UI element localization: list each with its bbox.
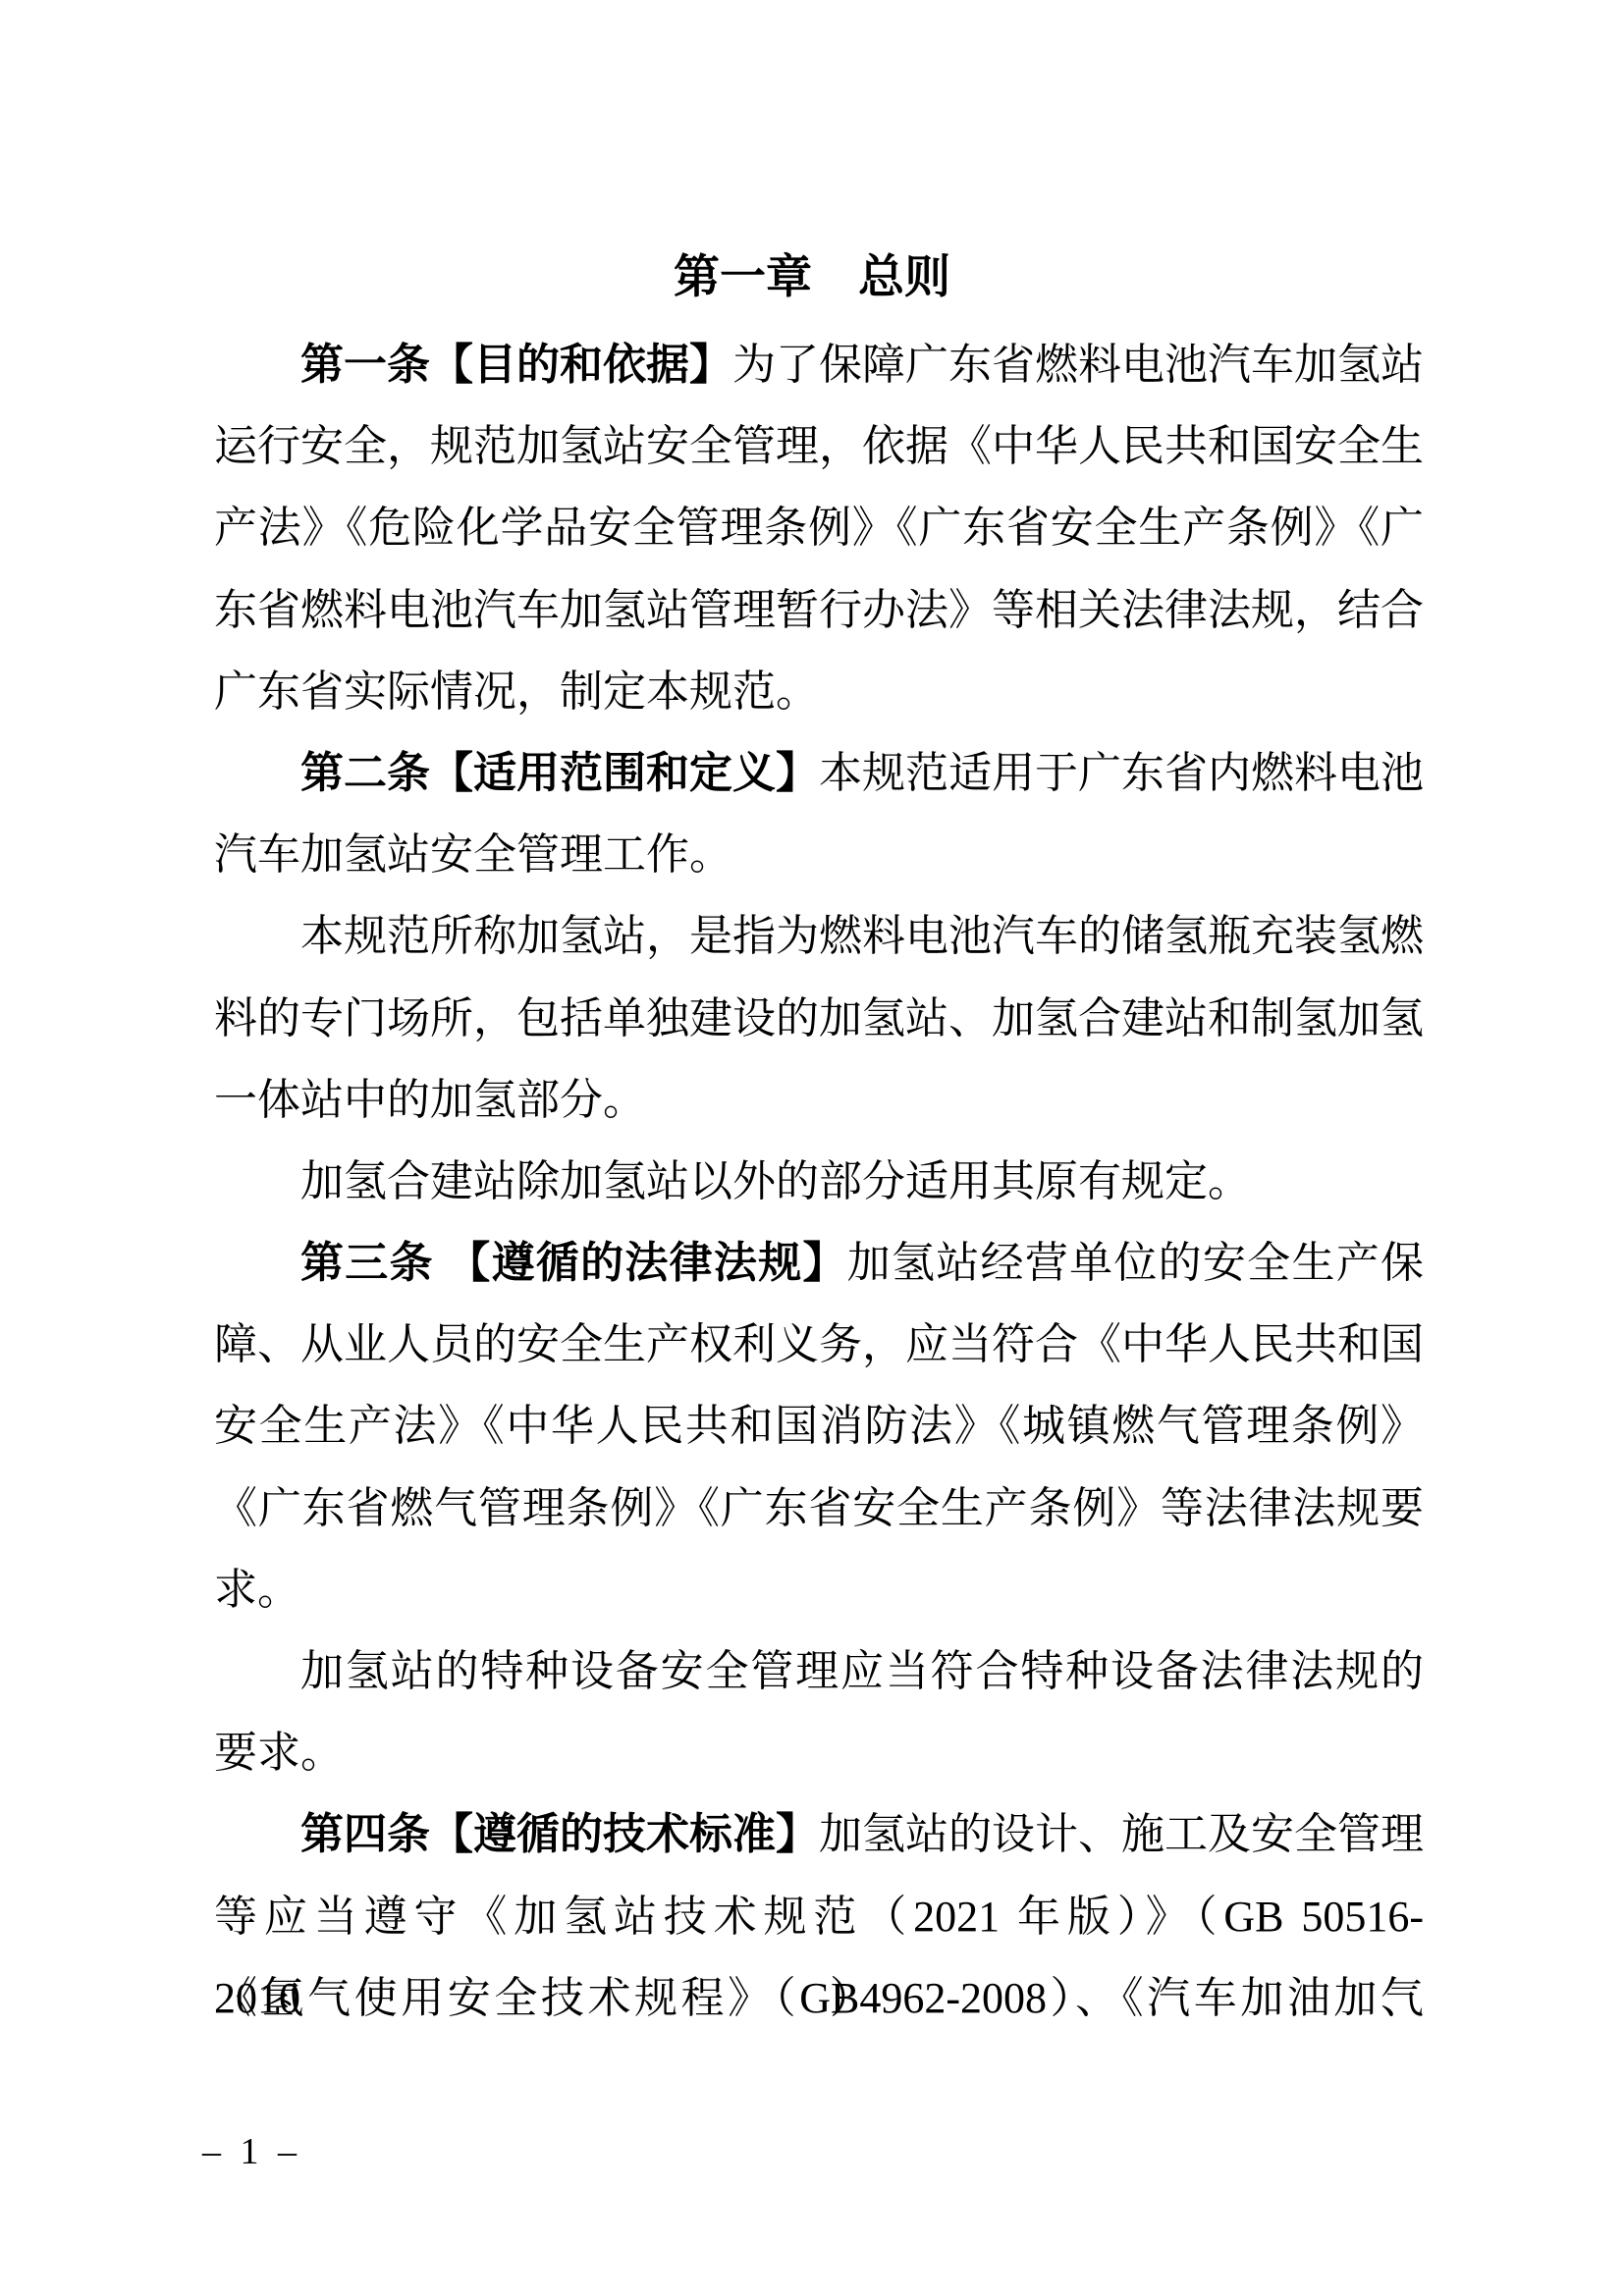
body-text: 加氢合建站除加氢站以外的部分适用其原有规定。 — [300, 1157, 1251, 1205]
text-line: 广东省实际情况，制定本规范。 — [214, 651, 1424, 732]
text-line: 运行安全，规范加氢站安全管理，依据《中华人民共和国安全生 — [214, 405, 1424, 487]
document-body: 第一条【目的和依据】为了保障广东省燃料电池汽车加氢站运行安全，规范加氢站安全管理… — [214, 324, 1424, 2039]
text-line: 要求。 — [214, 1712, 1424, 1793]
text-line: 加氢站的特种设备安全管理应当符合特种设备法律法规的 — [214, 1630, 1424, 1712]
text-line: 本规范所称加氢站，是指为燃料电池汽车的储氢瓶充装氢燃 — [214, 895, 1424, 977]
body-text: 《广东省燃气管理条例》《广东省安全生产条例》等法律法规要 — [214, 1484, 1424, 1532]
body-text: 运行安全，规范加氢站安全管理，依据《中华人民共和国安全生 — [214, 422, 1424, 470]
body-text: 东省燃料电池汽车加氢站管理暂行办法》等相关法律法规，结合 — [214, 586, 1424, 634]
text-line: 第二条【适用范围和定义】本规范适用于广东省内燃料电池 — [214, 732, 1424, 814]
text-line: 东省燃料电池汽车加氢站管理暂行办法》等相关法律法规，结合 — [214, 569, 1424, 651]
article-heading: 第一条【目的和依据】 — [300, 341, 732, 389]
body-text: 本规范适用于广东省内燃料电池 — [819, 749, 1424, 797]
text-line: 障、从业人员的安全生产权利义务，应当符合《中华人民共和国 — [214, 1304, 1424, 1385]
text-line: 加氢合建站除加氢站以外的部分适用其原有规定。 — [214, 1141, 1424, 1222]
text-line: 安全生产法》《中华人民共和国消防法》《城镇燃气管理条例》 — [214, 1385, 1424, 1467]
body-text: 加氢站经营单位的安全生产保 — [847, 1239, 1424, 1287]
body-text: 汽车加氢站安全管理工作。 — [214, 830, 732, 879]
body-text: 为了保障广东省燃料电池汽车加氢站 — [732, 341, 1424, 389]
text-line: 产法》《危险化学品安全管理条例》《广东省安全生产条例》《广 — [214, 487, 1424, 568]
body-text: 加氢站的设计、施工及安全管理 — [819, 1810, 1424, 1858]
article-heading: 第二条【适用范围和定义】 — [300, 749, 819, 797]
text-line: 《氢气使用安全技术规程》（GB4962-2008）、《汽车加油加气 — [214, 1957, 1424, 2039]
body-text: 《氢气使用安全技术规程》（GB4962-2008）、《汽车加油加气 — [214, 1974, 1424, 2022]
body-text: 求。 — [214, 1566, 300, 1614]
text-line: 汽车加氢站安全管理工作。 — [214, 814, 1424, 895]
body-text: 加氢站的特种设备安全管理应当符合特种设备法律法规的 — [300, 1647, 1424, 1695]
body-text: 产法》《危险化学品安全管理条例》《广东省安全生产条例》《广 — [214, 504, 1424, 552]
text-line: 等应当遵守《加氢站技术规范（2021 年版）》（GB 50516-2010）、 — [214, 1876, 1424, 1957]
article-heading: 第四条【遵循的技术标准】 — [300, 1810, 819, 1858]
page-number: – 1 – — [202, 2126, 301, 2177]
text-line: 第四条【遵循的技术标准】加氢站的设计、施工及安全管理 — [214, 1793, 1424, 1875]
chapter-title: 第一章 总则 — [0, 247, 1624, 306]
body-text: 要求。 — [214, 1729, 344, 1777]
text-line: 料的专门场所，包括单独建设的加氢站、加氢合建站和制氢加氢 — [214, 978, 1424, 1059]
article-heading: 第三条 【遵循的法律法规】 — [300, 1239, 847, 1287]
body-text: 一体站中的加氢部分。 — [214, 1076, 646, 1124]
body-text: 料的专门场所，包括单独建设的加氢站、加氢合建站和制氢加氢 — [214, 994, 1424, 1042]
text-line: 第一条【目的和依据】为了保障广东省燃料电池汽车加氢站 — [214, 324, 1424, 405]
body-text: 障、从业人员的安全生产权利义务，应当符合《中华人民共和国 — [214, 1320, 1424, 1368]
body-text: 本规范所称加氢站，是指为燃料电池汽车的储氢瓶充装氢燃 — [300, 912, 1424, 960]
text-line: 《广东省燃气管理条例》《广东省安全生产条例》等法律法规要 — [214, 1468, 1424, 1549]
body-text: 广东省实际情况，制定本规范。 — [214, 667, 819, 716]
text-line: 求。 — [214, 1549, 1424, 1630]
text-line: 一体站中的加氢部分。 — [214, 1059, 1424, 1141]
document-page: 第一章 总则 第一条【目的和依据】为了保障广东省燃料电池汽车加氢站运行安全，规范… — [0, 0, 1624, 2296]
text-line: 第三条 【遵循的法律法规】加氢站经营单位的安全生产保 — [214, 1222, 1424, 1304]
body-text: 安全生产法》《中华人民共和国消防法》《城镇燃气管理条例》 — [214, 1402, 1424, 1450]
